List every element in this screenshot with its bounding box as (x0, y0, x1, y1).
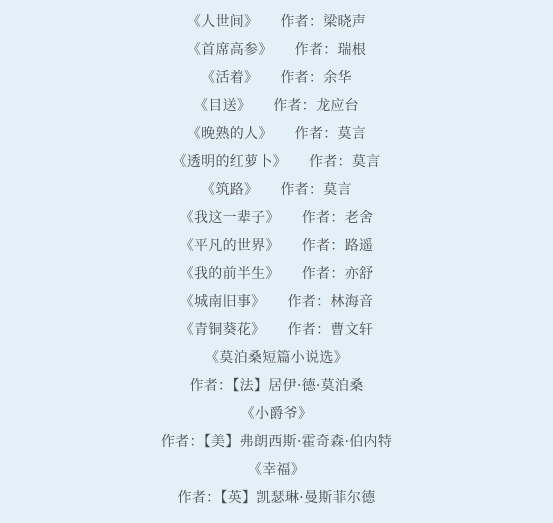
book-list-document: 《人世间》作者：梁晓声 《首席高参》作者：瑞根 《活着》作者：余华 《目送》作者… (0, 0, 553, 523)
book-author: 作者：莫言 (295, 126, 367, 142)
book-entry: 《透明的红萝卜》作者：莫言 (0, 152, 553, 172)
book-author: 作者：瑞根 (295, 42, 367, 58)
book-author: 作者：莫言 (309, 154, 381, 170)
book-author: 作者：曹文轩 (288, 322, 374, 338)
book-title: 《筑路》 (201, 182, 258, 198)
book-entry: 《我的前半生》作者：亦舒 (0, 264, 553, 284)
foreign-book-title: 《莫泊桑短篇小说选》 (0, 348, 553, 368)
book-title: 《透明的红萝卜》 (173, 154, 287, 170)
book-title: 《青铜葵花》 (180, 322, 266, 338)
book-entry: 《筑路》作者：莫言 (0, 180, 553, 200)
foreign-book-author: 作者：【法】居伊·德·莫泊桑 (0, 376, 553, 396)
book-title: 《人世间》 (187, 14, 259, 30)
book-title: 《首席高参》 (187, 42, 273, 58)
book-title: 《目送》 (194, 98, 251, 114)
book-author: 作者：老舍 (302, 210, 374, 226)
book-entry: 《首席高参》作者：瑞根 (0, 40, 553, 60)
book-author: 作者：林海音 (288, 294, 374, 310)
book-entry: 《城南旧事》作者：林海音 (0, 292, 553, 312)
book-title: 《晚熟的人》 (187, 126, 273, 142)
book-author: 作者：路遥 (302, 238, 374, 254)
foreign-book-author: 作者：【美】弗朗西斯·霍奇森·伯内特 (0, 432, 553, 452)
book-title: 《平凡的世界》 (180, 238, 280, 254)
foreign-book-title: 《小爵爷》 (0, 404, 553, 424)
book-author: 作者：余华 (280, 70, 352, 86)
book-entry: 《我这一辈子》作者：老舍 (0, 208, 553, 228)
book-author: 作者：莫言 (280, 182, 352, 198)
book-title: 《活着》 (201, 70, 258, 86)
foreign-book-title: 《幸福》 (0, 460, 553, 480)
book-entry: 《青铜葵花》作者：曹文轩 (0, 320, 553, 340)
book-title: 《我的前半生》 (180, 266, 280, 282)
book-entry: 《目送》作者：龙应台 (0, 96, 553, 116)
book-entry: 《人世间》作者：梁晓声 (0, 12, 553, 32)
book-title: 《我这一辈子》 (180, 210, 280, 226)
book-author: 作者：亦舒 (302, 266, 374, 282)
book-entry: 《平凡的世界》作者：路遥 (0, 236, 553, 256)
book-entry: 《活着》作者：余华 (0, 68, 553, 88)
book-entry: 《晚熟的人》作者：莫言 (0, 124, 553, 144)
book-author: 作者：龙应台 (273, 98, 359, 114)
book-author: 作者：梁晓声 (280, 14, 366, 30)
foreign-book-author: 作者：【英】凯瑟琳·曼斯菲尔德 (0, 488, 553, 508)
book-title: 《城南旧事》 (180, 294, 266, 310)
